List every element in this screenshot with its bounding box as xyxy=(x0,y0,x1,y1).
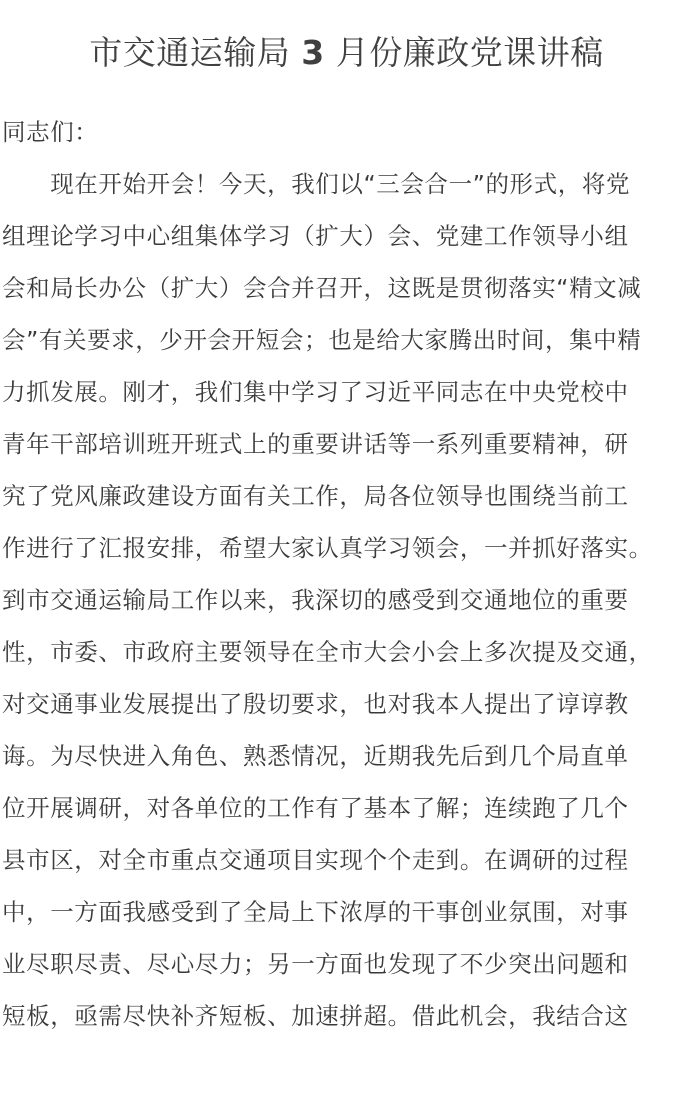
paragraph-line: 短板，亟需尽快补齐短板、加速拼超。借此机会，我结合这 xyxy=(2,990,693,1042)
title-suffix: 月份廉政党课讲稿 xyxy=(336,33,604,72)
paragraph-line: 对交通事业发展提出了殷切要求，也对我本人提出了谆谆教 xyxy=(2,678,693,730)
paragraph-line: 力抓发展。刚才，我们集中学习了习近平同志在中央党校中 xyxy=(2,366,693,418)
paragraph-line: 究了党风廉政建设方面有关工作，局各位领导也围绕当前工 xyxy=(2,470,693,522)
paragraph-line: 组理论学习中心组集体学习（扩大）会、党建工作领导小组 xyxy=(2,210,693,262)
salutation: 同志们： xyxy=(2,106,693,158)
paragraph-line: 性，市委、市政府主要领导在全市大会小会上多次提及交通， xyxy=(2,626,693,678)
paragraph-line: 中，一方面我感受到了全局上下浓厚的干事创业氛围，对事 xyxy=(2,886,693,938)
paragraph-line: 现在开始开会！今天，我们以“三会合一”的形式，将党 xyxy=(2,158,693,210)
paragraph-line: 诲。为尽快进入角色、熟悉情况，近期我先后到几个局直单 xyxy=(2,730,693,782)
title-month-number: 3 xyxy=(301,33,324,72)
paragraph-line: 位开展调研，对各单位的工作有了基本了解；连续跑了几个 xyxy=(2,782,693,834)
paragraph-line: 到市交通运输局工作以来，我深切的感受到交通地位的重要 xyxy=(2,574,693,626)
document-title: 市交通运输局 3 月份廉政党课讲稿 xyxy=(0,30,693,76)
paragraph-line: 作进行了汇报安排，希望大家认真学习领会，一并抓好落实。 xyxy=(2,522,693,574)
paragraph-line: 会和局长办公（扩大）会合并召开，这既是贯彻落实“精文减 xyxy=(2,262,693,314)
document-body: 同志们： 现在开始开会！今天，我们以“三会合一”的形式，将党 组理论学习中心组集… xyxy=(2,106,693,1042)
paragraph-line: 青年干部培训班开班式上的重要讲话等一系列重要精神，研 xyxy=(2,418,693,470)
title-prefix: 市交通运输局 xyxy=(89,33,290,72)
paragraph-line: 县市区，对全市重点交通项目实现个个走到。在调研的过程 xyxy=(2,834,693,886)
paragraph-line: 会”有关要求，少开会开短会；也是给大家腾出时间，集中精 xyxy=(2,314,693,366)
paragraph-line: 业尽职尽责、尽心尽力；另一方面也发现了不少突出问题和 xyxy=(2,938,693,990)
